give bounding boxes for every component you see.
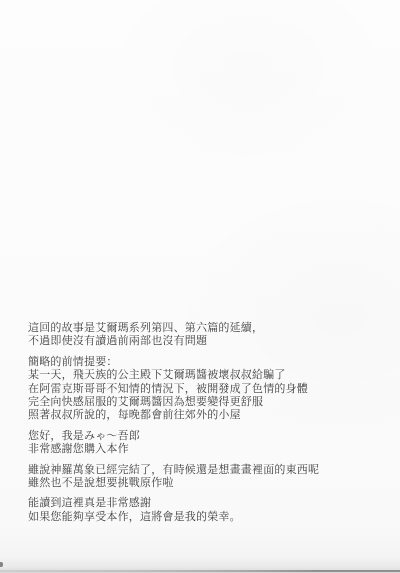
text-line: 某一天，飛天族的公主殿下艾爾瑪醬被壞叔叔給騙了 — [28, 369, 378, 382]
text-line: 能讀到這裡真是非常感謝 — [28, 497, 378, 510]
text-line: 雖然也不是說想要挑戰原作啦 — [28, 477, 378, 490]
scan-speck — [0, 562, 3, 567]
text-line: 非常感謝您購入本作 — [28, 443, 378, 456]
paragraph-series-note: 這回的故事是艾爾瑪系列第四、第六篇的延續， 不過即使沒有讀過前兩部也沒有問題 — [28, 322, 378, 349]
text-line: 簡略的前情提要： — [28, 356, 378, 369]
afterword-text-block: 這回的故事是艾爾瑪系列第四、第六篇的延續， 不過即使沒有讀過前兩部也沒有問題 簡… — [28, 322, 378, 531]
text-line: 照著叔叔所說的，每晚都會前往郊外的小屋 — [28, 409, 378, 422]
text-line: 如果您能夠享受本作，這將會是我的榮幸。 — [28, 511, 378, 524]
text-line: 不過即使沒有讀過前兩部也沒有問題 — [28, 335, 378, 348]
page-bottom-shadow — [0, 557, 400, 573]
text-line: 這回的故事是艾爾瑪系列第四、第六篇的延續， — [28, 322, 378, 335]
text-line: 在阿雷克斯哥哥不知情的情況下，被開發成了色情的身體 — [28, 383, 378, 396]
scanned-page: 這回的故事是艾爾瑪系列第四、第六篇的延續， 不過即使沒有讀過前兩部也沒有問題 簡… — [0, 0, 400, 573]
paragraph-thanks: 能讀到這裡真是非常感謝 如果您能夠享受本作，這將會是我的榮幸。 — [28, 497, 378, 524]
text-line: 您好，我是みゃ～吾郎 — [28, 430, 378, 443]
paragraph-recap: 簡略的前情提要： 某一天，飛天族的公主殿下艾爾瑪醬被壞叔叔給騙了 在阿雷克斯哥哥… — [28, 356, 378, 423]
paragraph-commentary: 雖說神羅萬象已經完結了，有時候還是想畫畫裡面的東西呢 雖然也不是說想要挑戰原作啦 — [28, 464, 378, 491]
text-line: 完全向快感屈服的艾爾瑪醬因為想要變得更舒服 — [28, 396, 378, 409]
text-line: 雖說神羅萬象已經完結了，有時候還是想畫畫裡面的東西呢 — [28, 464, 378, 477]
scan-edge-line — [0, 570, 400, 572]
paragraph-greeting: 您好，我是みゃ～吾郎 非常感謝您購入本作 — [28, 430, 378, 457]
